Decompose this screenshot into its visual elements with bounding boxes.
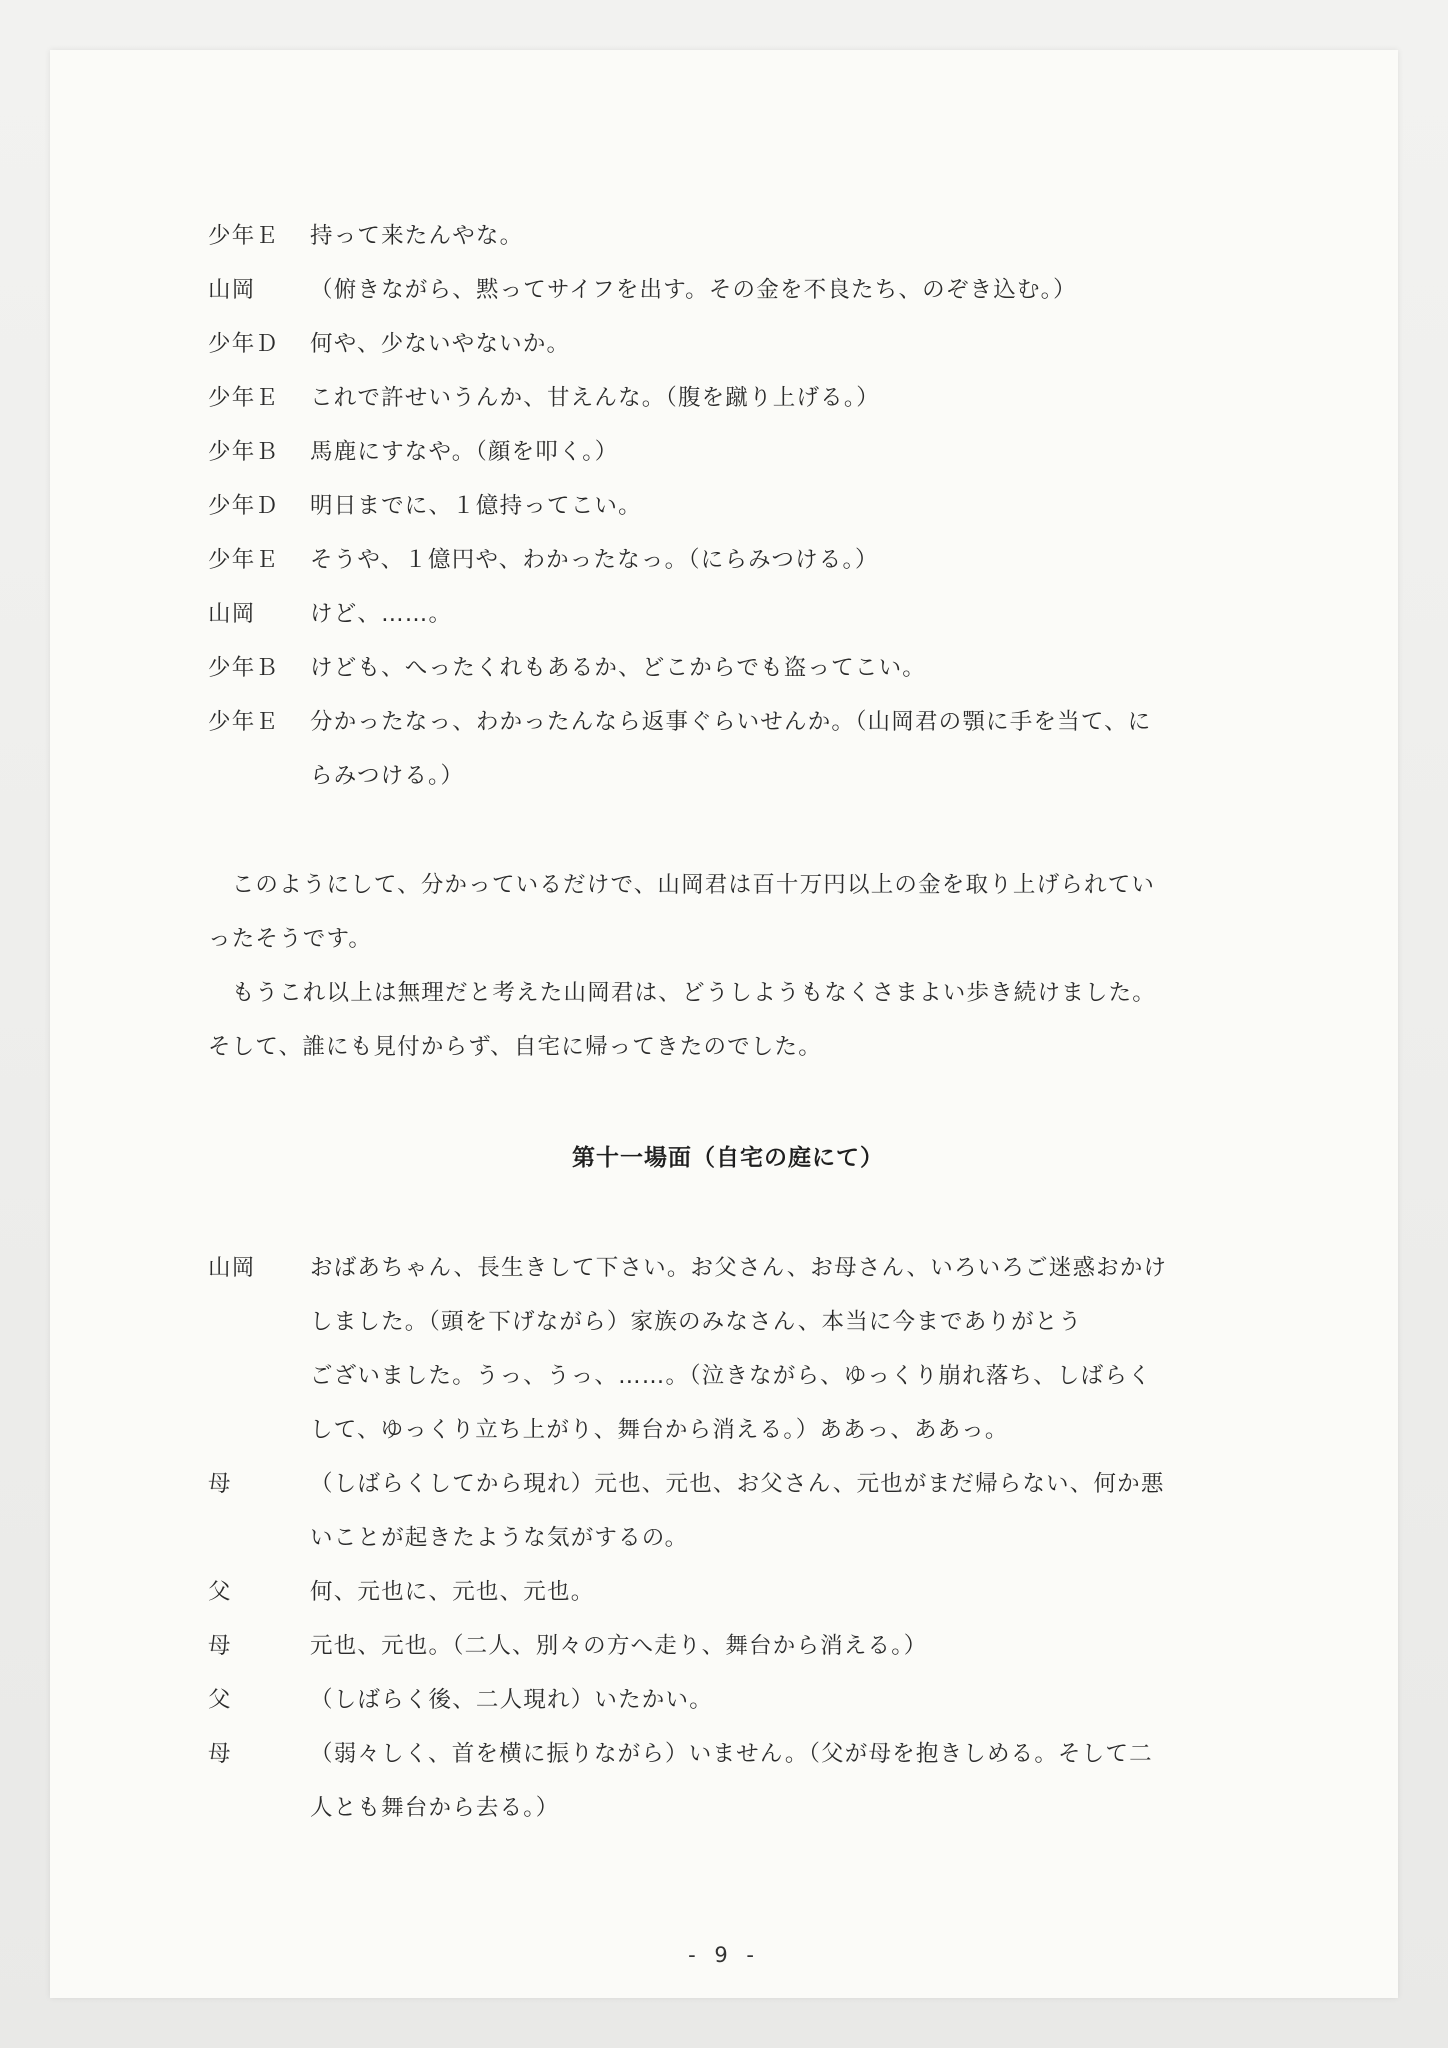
speaker-label: 山岡 — [208, 270, 308, 310]
speech-text: （弱々しく、首を横に振りながら）いません。（父が母を抱きしめる。そして二 — [310, 1734, 1153, 1774]
speaker-label: 少年Ｂ — [208, 432, 308, 472]
speech-text: 明日までに、１億持ってこい。 — [310, 486, 642, 526]
speaker-label: 少年Ｅ — [208, 216, 308, 256]
speaker-label: 少年Ｅ — [208, 540, 308, 580]
speaker-label: 少年Ｄ — [208, 324, 308, 364]
speech-text: これで許せいうんか、甘えんな。（腹を蹴り上げる。） — [310, 378, 880, 418]
speaker-label: 母 — [208, 1626, 308, 1666]
speech-text: 元也、元也。（二人、別々の方へ走り、舞台から消える。） — [310, 1626, 927, 1666]
narration-line: もうこれ以上は無理だと考えた山岡君は、どうしようもなくさまよい歩き続けました。 — [208, 973, 1156, 1013]
speaker-label: 父 — [208, 1572, 308, 1612]
speaker-label: 少年Ｄ — [208, 486, 308, 526]
speaker-label: 山岡 — [208, 594, 308, 634]
speech-text: いことが起きたような気がするの。 — [310, 1518, 688, 1558]
speech-text: 何、元也に、元也、元也。 — [310, 1572, 594, 1612]
speech-text: しました。（頭を下げながら）家族のみなさん、本当に今までありがとう — [310, 1302, 1082, 1342]
speech-text: 何や、少ないやないか。 — [310, 324, 570, 364]
speech-text: して、ゆっくり立ち上がり、舞台から消える。）ああっ、ああっ。 — [310, 1410, 1009, 1450]
narration-line: このようにして、分かっているだけで、山岡君は百十万円以上の金を取り上げられてい — [208, 865, 1155, 905]
speaker-label: 少年Ｂ — [208, 648, 308, 688]
speech-text: 馬鹿にすなや。（顔を叩く。） — [310, 432, 618, 472]
speech-text: （しばらくしてから現れ）元也、元也、お父さん、元也がまだ帰らない、何か悪 — [310, 1464, 1165, 1504]
page-number: - 9 - — [50, 1943, 1398, 1967]
speaker-label: 少年Ｅ — [208, 378, 308, 418]
document-page: 少年Ｅ 持って来たんやな。 山岡 （俯きながら、黙ってサイフを出す。その金を不良… — [50, 50, 1398, 1998]
speech-text: ございました。うっ、うっ、……。（泣きながら、ゆっくり崩れ落ち、しばらく — [310, 1356, 1152, 1396]
speech-text: けど、……。 — [310, 594, 452, 634]
speech-text: おばあちゃん、長生きして下さい。お父さん、お母さん、いろいろご迷惑おかけ — [310, 1248, 1167, 1288]
speaker-label: 母 — [208, 1464, 308, 1504]
speech-text: （俯きながら、黙ってサイフを出す。その金を不良たち、のぞき込む。） — [310, 270, 1077, 310]
speech-text: 分かったなっ、わかったんなら返事ぐらいせんか。（山岡君の顎に手を当て、に — [310, 702, 1152, 742]
speaker-label: 母 — [208, 1734, 308, 1774]
speech-text: （しばらく後、二人現れ）いたかい。 — [310, 1680, 713, 1720]
speech-text: そうや、１億円や、わかったなっ。（にらみつける。） — [310, 540, 879, 580]
speech-text: 持って来たんやな。 — [310, 216, 523, 256]
scene-heading: 第十一場面（自宅の庭にて） — [208, 1138, 1248, 1178]
speaker-label: 少年Ｅ — [208, 702, 308, 742]
speaker-label: 山岡 — [208, 1248, 308, 1288]
speaker-label: 父 — [208, 1680, 308, 1720]
speech-text: 人とも舞台から去る。） — [310, 1788, 559, 1828]
narration-line: そして、誰にも見付からず、自宅に帰ってきたのでした。 — [208, 1027, 822, 1067]
speech-text: けども、へったくれもあるか、どこからでも盗ってこい。 — [310, 648, 926, 688]
narration-line: ったそうです。 — [208, 919, 372, 959]
speech-text: らみつける。） — [310, 756, 464, 796]
